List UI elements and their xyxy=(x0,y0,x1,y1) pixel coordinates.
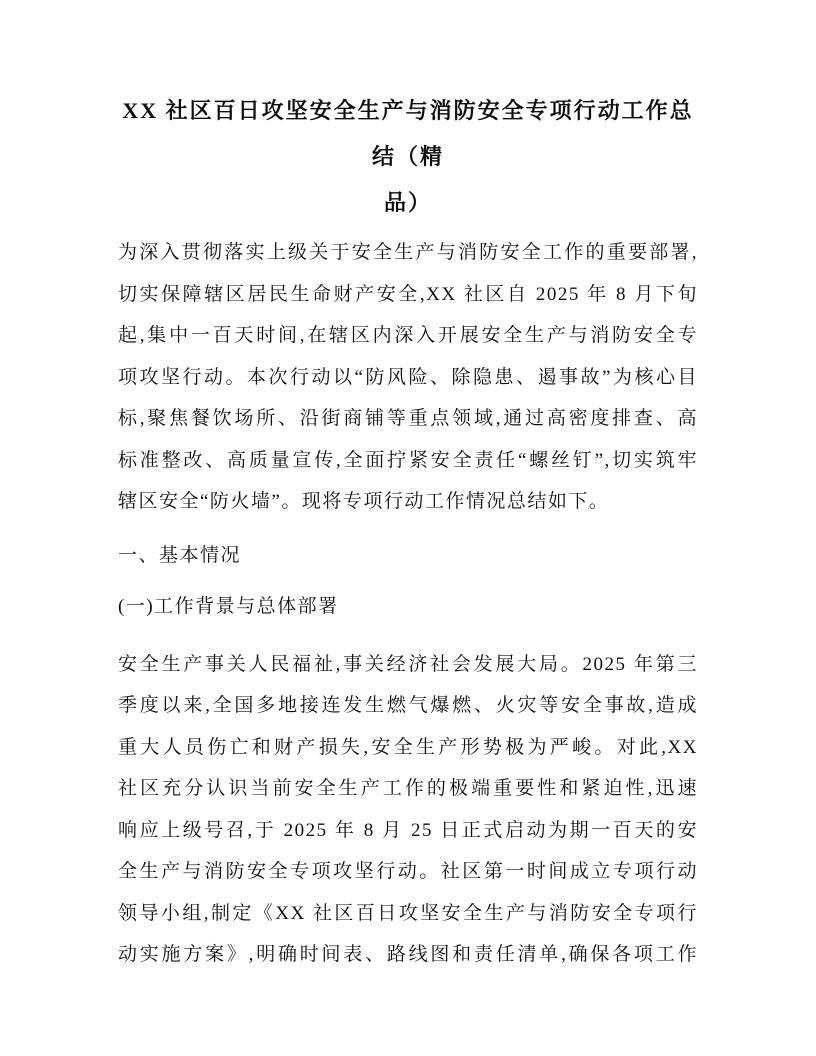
body-line: 项攻坚行动。本次行动以“防风险、除隐患、遏事故”为核心目 xyxy=(118,357,698,399)
paragraph-background: 安全生产事关人民福祉,事关经济社会发展大局。2025 年第三 季度以来,全国多地… xyxy=(118,644,698,976)
document-title-line: XX 社区百日攻坚安全生产与消防安全专项行动工作总结（精 xyxy=(118,88,698,180)
body-line: 起,集中一百天时间,在辖区内深入开展安全生产与消防安全专 xyxy=(118,315,698,357)
body-line: 全生产与消防安全专项攻坚行动。社区第一时间成立专项行动 xyxy=(118,851,698,893)
body-line: 动实施方案》,明确时间表、路线图和责任清单,确保各项工作 xyxy=(118,934,698,976)
document-title-line: 品） xyxy=(118,180,698,226)
subsection-heading: (一)工作背景与总体部署 xyxy=(118,586,698,628)
body-line: 领导小组,制定《XX 社区百日攻坚安全生产与消防安全专项行 xyxy=(118,893,698,935)
body-line: 响应上级号召,于 2025 年 8 月 25 日正式启动为期一百天的安 xyxy=(118,810,698,852)
body-line: 为深入贯彻落实上级关于安全生产与消防安全工作的重要部署, xyxy=(118,232,698,274)
body-line: 安全生产事关人民福祉,事关经济社会发展大局。2025 年第三 xyxy=(118,644,698,686)
body-line: 标准整改、高质量宣传,全面拧紧安全责任“螺丝钉”,切实筑牢 xyxy=(118,440,698,482)
body-line: 辖区安全“防火墙”。现将专项行动工作情况总结如下。 xyxy=(118,481,698,523)
body-line: 重大人员伤亡和财产损失,安全生产形势极为严峻。对此,XX xyxy=(118,727,698,769)
body-line: 标,聚焦餐饮场所、沿街商铺等重点领域,通过高密度排查、高 xyxy=(118,398,698,440)
section-heading: 一、基本情况 xyxy=(118,535,698,577)
document-page: XX 社区百日攻坚安全生产与消防安全专项行动工作总结（精 品） 为深入贯彻落实上… xyxy=(0,0,816,1056)
body-line: 社区充分认识当前安全生产工作的极端重要性和紧迫性,迅速 xyxy=(118,768,698,810)
body-line: 切实保障辖区居民生命财产安全,XX 社区自 2025 年 8 月下旬 xyxy=(118,274,698,316)
document-title: XX 社区百日攻坚安全生产与消防安全专项行动工作总结（精 品） xyxy=(118,88,698,226)
body-line: 季度以来,全国多地接连发生燃气爆燃、火灾等安全事故,造成 xyxy=(118,685,698,727)
paragraph-intro: 为深入贯彻落实上级关于安全生产与消防安全工作的重要部署, 切实保障辖区居民生命财… xyxy=(118,232,698,523)
